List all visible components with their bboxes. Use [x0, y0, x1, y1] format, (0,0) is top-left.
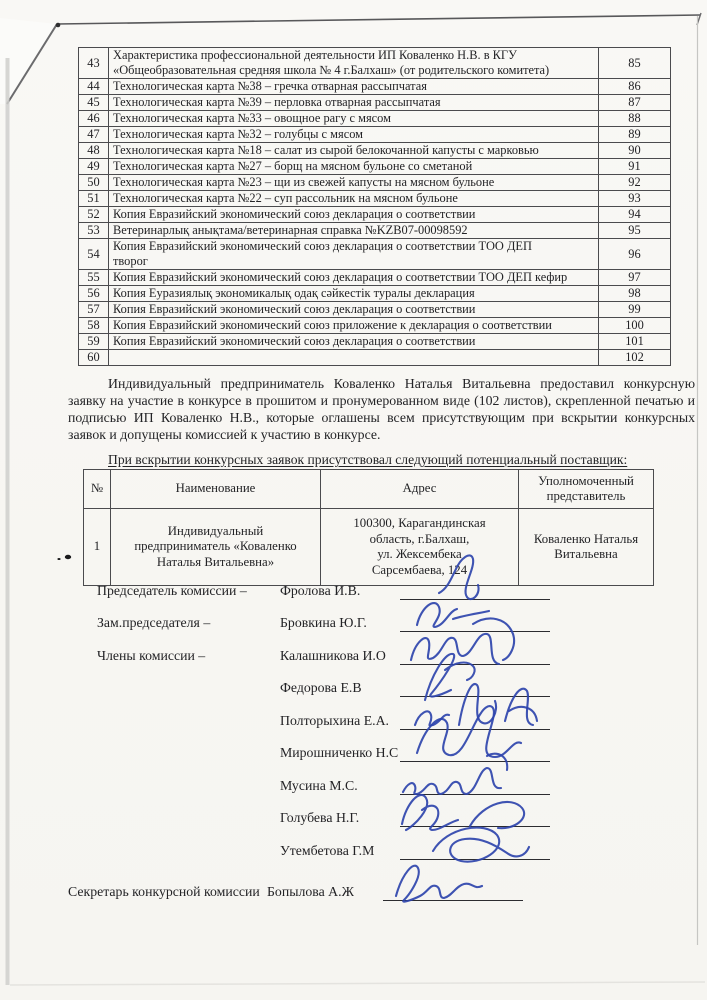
signature-line: [383, 884, 523, 901]
doc-row-number: 57: [79, 302, 109, 318]
signature-line: [400, 583, 550, 600]
table-row: 54 Копия Евразийский экономический союз …: [79, 239, 671, 270]
doc-row-number: 49: [79, 159, 109, 175]
opening-statement: При вскрытии конкурсных заявок присутств…: [68, 451, 700, 468]
doc-row-number: 59: [79, 334, 109, 350]
doc-row-title: Технологическая карта №38 – гречка отвар…: [109, 79, 599, 95]
doc-row-number: 60: [79, 350, 109, 366]
secretary-name: Бопылова А.Ж: [267, 884, 354, 900]
commission-member-name: Утембетова Г.М: [280, 843, 374, 859]
signature-line: [400, 648, 550, 665]
doc-row-title-text: Технологическая карта №23 – щи из свежей…: [113, 175, 494, 189]
commission-row-member: Мусина М.С.: [97, 778, 597, 798]
table-row: 45 Технологическая карта №39 – перловка …: [79, 95, 671, 111]
doc-row-title-text: Копия Евразийский экономический союз дек…: [113, 207, 475, 221]
doc-row-number: 48: [79, 143, 109, 159]
doc-row-title-text: Технологическая карта №32 – голубцы с мя…: [113, 127, 363, 141]
table-row: 60 102: [79, 350, 671, 366]
doc-row-title-text: Технологическая карта №39 – перловка отв…: [113, 95, 441, 109]
doc-row-title-text: Копия Евразийский экономический союз дек…: [113, 239, 532, 268]
doc-row-title: Копия Евразийский экономический союз при…: [109, 318, 599, 334]
doc-row-title: Копия Евразийский экономический союз дек…: [109, 334, 599, 350]
doc-row-number: 46: [79, 111, 109, 127]
supplier-table: № Наименование Адрес Уполномоченный пред…: [83, 469, 654, 586]
submission-paragraph: Индивидуальный предприниматель Коваленко…: [68, 375, 695, 443]
header-number-text: №: [91, 481, 103, 497]
doc-row-title-text: Технологическая карта №27 – борщ на мясн…: [113, 159, 472, 173]
table-row: 53 Ветеринарлық анықтама/ветеринарная сп…: [79, 223, 671, 239]
header-representative-text: Уполномоченный представитель: [538, 474, 634, 505]
table-row: 47 Технологическая карта №32 – голубцы с…: [79, 127, 671, 143]
supplier-name: Индивидуальный предприниматель «Коваленк…: [111, 509, 321, 586]
commission-row-member: Мирошниченко Н.С: [97, 745, 597, 765]
doc-row-page: 90: [599, 143, 671, 159]
opening-statement-text: При вскрытии конкурсных заявок присутств…: [108, 452, 627, 467]
doc-row-title: Технологическая карта №22 – суп рассольн…: [109, 191, 599, 207]
doc-row-number: 53: [79, 223, 109, 239]
commission-member-name: Фролова И.В.: [280, 583, 360, 599]
doc-row-page: 88: [599, 111, 671, 127]
table-row: 49 Технологическая карта №27 – борщ на м…: [79, 159, 671, 175]
doc-row-title: Копия Евразийский экономический союз дек…: [109, 302, 599, 318]
commission-role-label: Председатель комиссии –: [97, 583, 247, 599]
supplier-representative-text: Коваленко Наталья Витальевна: [534, 532, 638, 563]
doc-row-page: 99: [599, 302, 671, 318]
doc-row-title: Копия Евразийский экономический союз дек…: [109, 270, 599, 286]
doc-row-number: 51: [79, 191, 109, 207]
doc-row-title: Копия Евразийский экономический союз дек…: [109, 239, 599, 270]
doc-row-title-text: Технологическая карта №38 – гречка отвар…: [113, 79, 427, 93]
doc-row-page: 100: [599, 318, 671, 334]
signature-line: [400, 745, 550, 762]
table-row: 50 Технологическая карта №23 – щи из све…: [79, 175, 671, 191]
scanned-document-page: 43 Характеристика профессиональной деяте…: [0, 0, 707, 1000]
signature-line: [400, 713, 550, 730]
commission-row-chairman: Председатель комиссии – Фролова И.В.: [97, 583, 597, 603]
doc-row-page: 92: [599, 175, 671, 191]
commission-member-name: Полторыхина Е.А.: [280, 713, 389, 729]
doc-row-page: 85: [599, 48, 671, 79]
table-row: 52 Копия Евразийский экономический союз …: [79, 207, 671, 223]
doc-row-number: 55: [79, 270, 109, 286]
doc-row-title: Копия Евразийский экономический союз дек…: [109, 207, 599, 223]
commission-role-label: Зам.председателя –: [97, 615, 210, 631]
signature-line: [400, 843, 550, 860]
doc-row-number: 44: [79, 79, 109, 95]
doc-row-title: Технологическая карта №18 – салат из сыр…: [109, 143, 599, 159]
commission-row-member: Федорова Е.В: [97, 680, 597, 700]
header-name: Наименование: [111, 470, 321, 509]
supplier-number-text: 1: [94, 539, 100, 555]
doc-row-page: 89: [599, 127, 671, 143]
supplier-number: 1: [84, 509, 111, 586]
header-representative: Уполномоченный представитель: [519, 470, 654, 509]
table-row: 55 Копия Евразийский экономический союз …: [79, 270, 671, 286]
doc-row-number: 56: [79, 286, 109, 302]
header-number: №: [84, 470, 111, 509]
commission-row-member: Утембетова Г.М: [97, 843, 597, 863]
doc-row-title-text: Характеристика профессиональной деятельн…: [113, 48, 549, 77]
doc-row-number: 43: [79, 48, 109, 79]
supplier-address-text: 100300, Карагандинская область, г.Балхаш…: [353, 516, 485, 578]
supplier-address: 100300, Карагандинская область, г.Балхаш…: [321, 509, 519, 586]
commission-member-name: Голубева Н.Г.: [280, 810, 359, 826]
doc-row-title-text: Технологическая карта №18 – салат из сыр…: [113, 143, 539, 157]
doc-row-title-text: Ветеринарлық анықтама/ветеринарная справ…: [113, 223, 468, 237]
doc-row-page: 98: [599, 286, 671, 302]
doc-row-page: 87: [599, 95, 671, 111]
doc-row-title: Технологическая карта №32 – голубцы с мя…: [109, 127, 599, 143]
table-row: 48 Технологическая карта №18 – салат из …: [79, 143, 671, 159]
doc-row-title: [109, 350, 599, 366]
signature-line: [400, 778, 550, 795]
doc-row-title: Технологическая карта №23 – щи из свежей…: [109, 175, 599, 191]
doc-row-page: 86: [599, 79, 671, 95]
doc-row-page: 95: [599, 223, 671, 239]
table-row: 59 Копия Евразийский экономический союз …: [79, 334, 671, 350]
commission-row-deputy: Зам.председателя – Бровкина Ю.Г.: [97, 615, 597, 635]
doc-row-number: 45: [79, 95, 109, 111]
commission-member-name: Калашникова И.О: [280, 648, 386, 664]
doc-row-page: 91: [599, 159, 671, 175]
doc-row-number: 52: [79, 207, 109, 223]
supplier-name-text: Индивидуальный предприниматель «Коваленк…: [134, 524, 296, 571]
table-row: 44 Технологическая карта №38 – гречка от…: [79, 79, 671, 95]
doc-row-page: 93: [599, 191, 671, 207]
doc-row-title-text: Технологическая карта №33 – овощное рагу…: [113, 111, 391, 125]
doc-row-title: Технологическая карта №27 – борщ на мясн…: [109, 159, 599, 175]
doc-row-title-text: Технологическая карта №22 – суп рассольн…: [113, 191, 458, 205]
table-row: 58 Копия Евразийский экономический союз …: [79, 318, 671, 334]
doc-row-number: 47: [79, 127, 109, 143]
commission-row-member: Члены комиссии – Калашникова И.О: [97, 648, 597, 668]
table-row: 56 Копия Еуразиялық экономикалық одақ сә…: [79, 286, 671, 302]
commission-row-member: Полторыхина Е.А.: [97, 713, 597, 733]
doc-row-page: 94: [599, 207, 671, 223]
doc-row-title-text: Копия Евразийский экономический союз дек…: [113, 334, 475, 348]
doc-row-page: 97: [599, 270, 671, 286]
doc-row-title-text: Копия Евразийский экономический союз при…: [113, 318, 552, 332]
commission-role-label: Члены комиссии –: [97, 648, 205, 664]
doc-row-title-text: Копия Евразийский экономический союз дек…: [113, 270, 567, 284]
secretary-role-label: Секретарь конкурсной комиссии: [68, 884, 260, 900]
commission-member-name: Федорова Е.В: [280, 680, 362, 696]
commission-member-name: Бровкина Ю.Г.: [280, 615, 367, 631]
doc-row-number: 58: [79, 318, 109, 334]
doc-row-title: Копия Еуразиялық экономикалық одақ сәйке…: [109, 286, 599, 302]
doc-row-number: 50: [79, 175, 109, 191]
header-name-text: Наименование: [176, 481, 256, 497]
secretary-signature-row: Секретарь конкурсной комиссии Бопылова А…: [68, 884, 628, 906]
signature-line: [400, 680, 550, 697]
commission-member-name: Мусина М.С.: [280, 778, 358, 794]
doc-row-title-text: Копия Евразийский экономический союз дек…: [113, 302, 475, 316]
doc-row-title: Технологическая карта №39 – перловка отв…: [109, 95, 599, 111]
signature-line: [400, 810, 550, 827]
table-row: 43 Характеристика профессиональной деяте…: [79, 48, 671, 79]
commission-row-member: Голубева Н.Г.: [97, 810, 597, 830]
header-address-text: Адрес: [403, 481, 437, 497]
table-row: 57 Копия Евразийский экономический союз …: [79, 302, 671, 318]
doc-row-number: 54: [79, 239, 109, 270]
doc-row-page: 96: [599, 239, 671, 270]
doc-row-page: 101: [599, 334, 671, 350]
commission-member-name: Мирошниченко Н.С: [280, 745, 398, 761]
signature-line: [400, 615, 550, 632]
doc-row-title-text: Копия Еуразиялық экономикалық одақ сәйке…: [113, 286, 475, 300]
supplier-representative: Коваленко Наталья Витальевна: [519, 509, 654, 586]
doc-row-title: Характеристика профессиональной деятельн…: [109, 48, 599, 79]
supplier-table-header-row: № Наименование Адрес Уполномоченный пред…: [84, 470, 654, 509]
doc-row-title: Технологическая карта №33 – овощное рагу…: [109, 111, 599, 127]
doc-row-title: Ветеринарлық анықтама/ветеринарная справ…: [109, 223, 599, 239]
table-row: 51 Технологическая карта №22 – суп рассо…: [79, 191, 671, 207]
supplier-row: 1 Индивидуальный предприниматель «Ковале…: [84, 509, 654, 586]
header-address: Адрес: [321, 470, 519, 509]
doc-row-page: 102: [599, 350, 671, 366]
table-row: 46 Технологическая карта №33 – овощное р…: [79, 111, 671, 127]
documents-table: 43 Характеристика профессиональной деяте…: [78, 47, 671, 366]
